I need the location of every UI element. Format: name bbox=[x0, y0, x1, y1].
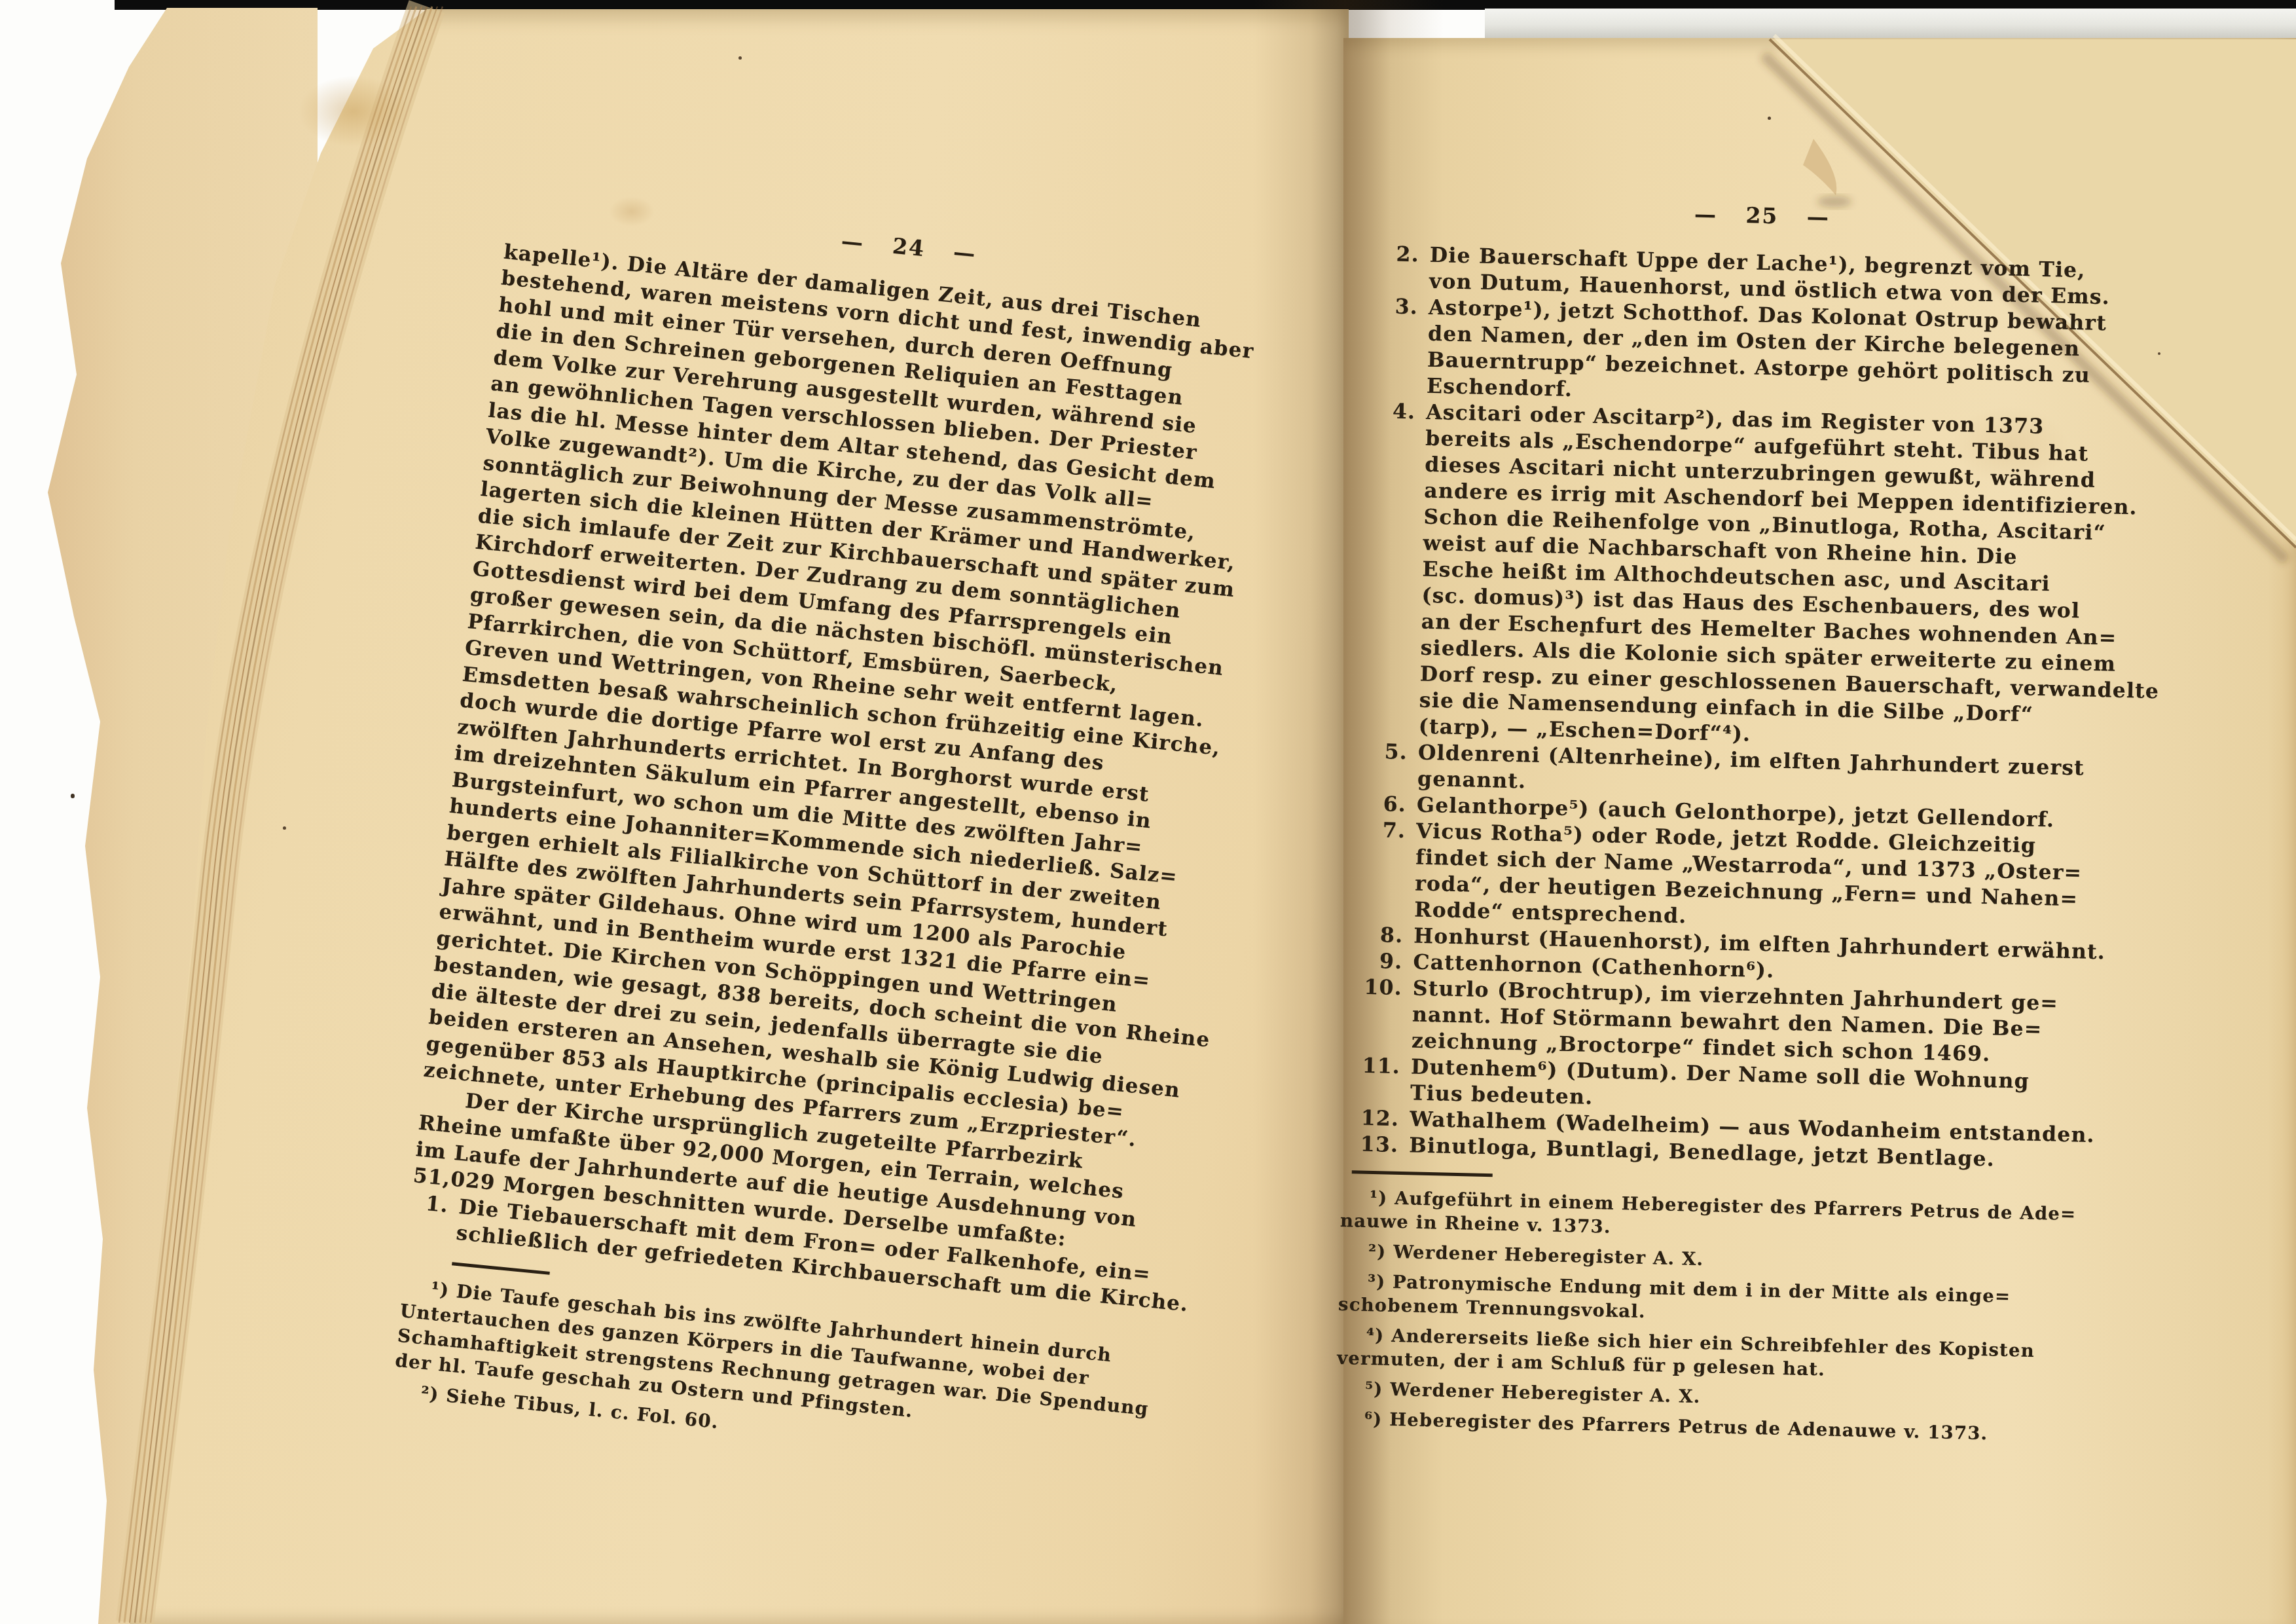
footnote-separator bbox=[452, 1262, 550, 1275]
page-24-content: — 24 — kapelle¹). Die Altäre der damalig… bbox=[390, 195, 1311, 1486]
list-item: 3. Astorpe¹), jetzt Schotthof. Das Kolon… bbox=[1378, 293, 2218, 418]
list-item-number: 10. bbox=[1362, 974, 1413, 1054]
paper-speck bbox=[71, 794, 75, 798]
page-25-content: — 25 — 2. Die Bauerschaft Uppe der Lache… bbox=[1353, 194, 2220, 1457]
list-item-number: 7. bbox=[1366, 817, 1417, 923]
list-item-text: Astorpe¹), jetzt Schotthof. Das Kolonat … bbox=[1427, 295, 2218, 418]
list-item-number: 8. bbox=[1365, 922, 1414, 950]
footnote-separator bbox=[1352, 1170, 1493, 1177]
list-item-text: Ascitari oder Ascitarp²), das im Registe… bbox=[1418, 399, 2215, 758]
list-item-number: 6. bbox=[1368, 791, 1417, 819]
list-item-number: 4. bbox=[1370, 398, 1426, 740]
list-item-number: 12. bbox=[1360, 1105, 1410, 1133]
list-item-text: Vicus Rotha⁵) oder Rode, jetzt Rodde. Gl… bbox=[1414, 818, 2206, 941]
list-item-number: 3. bbox=[1378, 293, 1429, 399]
list-item-number: 1. bbox=[407, 1189, 460, 1246]
book-scan: — 24 — kapelle¹). Die Altäre der damalig… bbox=[0, 0, 2296, 1624]
list-item: 4. Ascitari oder Ascitarp²), das im Regi… bbox=[1370, 398, 2215, 758]
list-item-number: 5. bbox=[1369, 739, 1419, 792]
list-item-number: 2. bbox=[1380, 241, 1430, 295]
list-item-number: 13. bbox=[1360, 1132, 1409, 1159]
list-item: 7. Vicus Rotha⁵) oder Rode, jetzt Rodde.… bbox=[1366, 817, 2206, 942]
list-item-number: 9. bbox=[1364, 948, 1413, 976]
page-24-paragraph-1: kapelle¹). Die Altäre der damaligen Zeit… bbox=[422, 238, 1307, 1162]
list-item-number: 11. bbox=[1361, 1053, 1411, 1107]
